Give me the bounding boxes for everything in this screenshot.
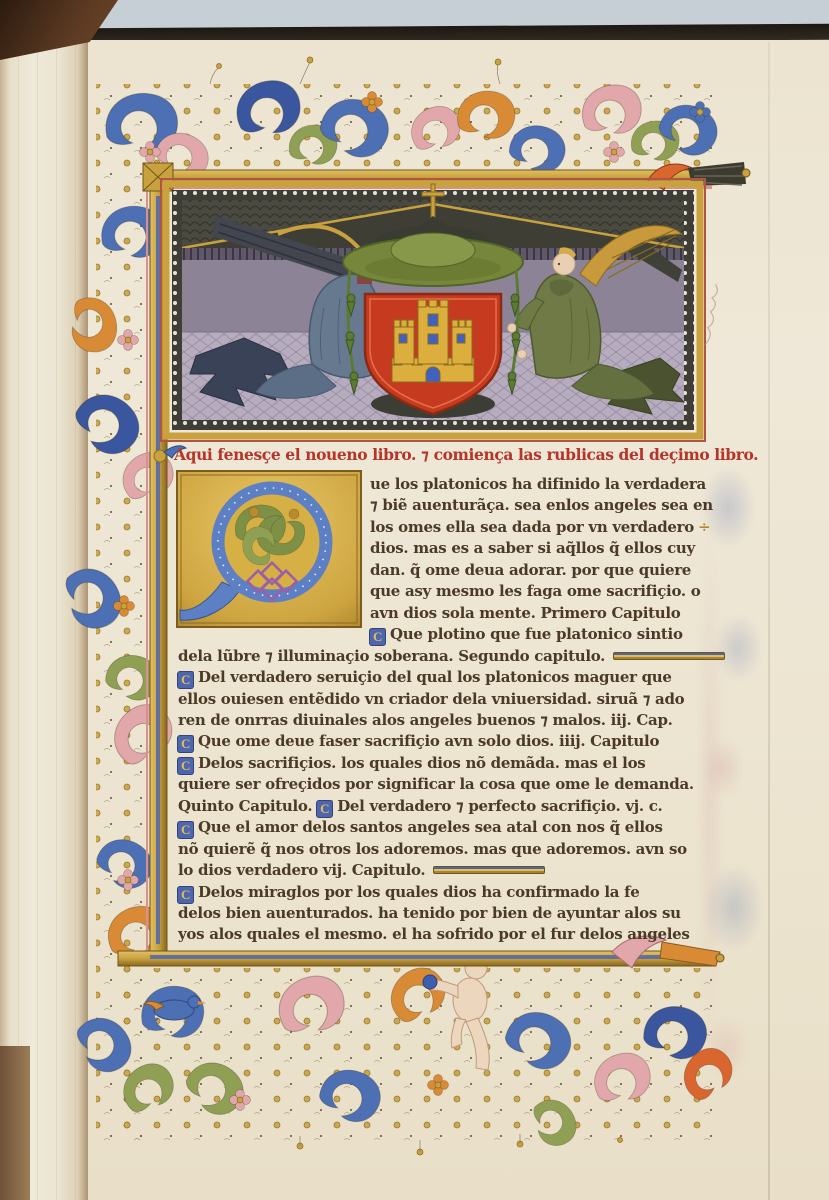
line-filler: ÷ bbox=[698, 518, 710, 536]
text-line: CDelos miraglos por los quales dios ha c… bbox=[178, 885, 640, 901]
text-line: dan. q̃ ome deua adorar. por que quiere bbox=[370, 563, 691, 578]
pilcrow-mark: C bbox=[178, 736, 193, 752]
text-line: CDelos sacrifiçios. los quales dios nõ d… bbox=[178, 756, 645, 772]
manuscript-photograph: Aqui fenesçe el noueno libro. ⁊ comiença… bbox=[0, 0, 829, 1200]
text-line: ue los platonicos ha difinido la verdade… bbox=[370, 477, 706, 492]
text-line: que asy mesmo les faga ome sacrifiçio. o bbox=[370, 584, 700, 599]
text-line: CQue el amor delos santos angeles sea at… bbox=[178, 820, 663, 836]
line-filler bbox=[613, 652, 725, 660]
pilcrow-mark: C bbox=[178, 758, 193, 774]
pilcrow-mark: C bbox=[370, 629, 385, 645]
text-line: dela lũbre ⁊ illuminaçio soberana. Segun… bbox=[178, 649, 725, 664]
text-line: CQue plotino que fue platonico sintio bbox=[370, 627, 683, 643]
text-line: dios. mas es a saber si aq̃llos q̃ ellos… bbox=[370, 541, 695, 556]
text-line: quiere ser ofreçidos por significar la c… bbox=[178, 777, 694, 792]
text-line: Quinto Capitulo. CDel verdadero ⁊ perfec… bbox=[178, 799, 662, 815]
text-line: CDel verdadero seruiçio del qual los pla… bbox=[178, 670, 672, 686]
pilcrow-mark: C bbox=[178, 822, 193, 838]
pilcrow-mark: C bbox=[317, 801, 332, 817]
text-line: ellos ouiesen entẽdido vn criador dela v… bbox=[178, 692, 684, 707]
text-block: ue los platonicos ha difinido la verdade… bbox=[0, 0, 829, 1200]
text-line: ren de onrras diuinales alos angeles bue… bbox=[178, 713, 673, 728]
text-line: avn dios sola mente. Primero Capitulo bbox=[370, 606, 680, 621]
text-line: ⁊ biẽ auenturãça. sea enlos angeles sea … bbox=[370, 498, 713, 513]
pilcrow-mark: C bbox=[178, 887, 193, 903]
text-line: nõ quierẽ q̃ nos otros los adoremos. mas… bbox=[178, 842, 687, 857]
text-line: lo dios verdadero vij. Capitulo. bbox=[178, 863, 545, 878]
pilcrow-mark: C bbox=[178, 672, 193, 688]
text-line: los omes ella sea dada por vn verdadero÷ bbox=[370, 520, 710, 535]
text-line: CQue ome deue faser sacrifiçio avn solo … bbox=[178, 734, 659, 750]
text-line: delos bien auenturados. ha tenido por bi… bbox=[178, 906, 681, 921]
text-line: yos alos quales el mesmo. el ha sofrido … bbox=[178, 927, 690, 942]
line-filler bbox=[433, 866, 545, 874]
